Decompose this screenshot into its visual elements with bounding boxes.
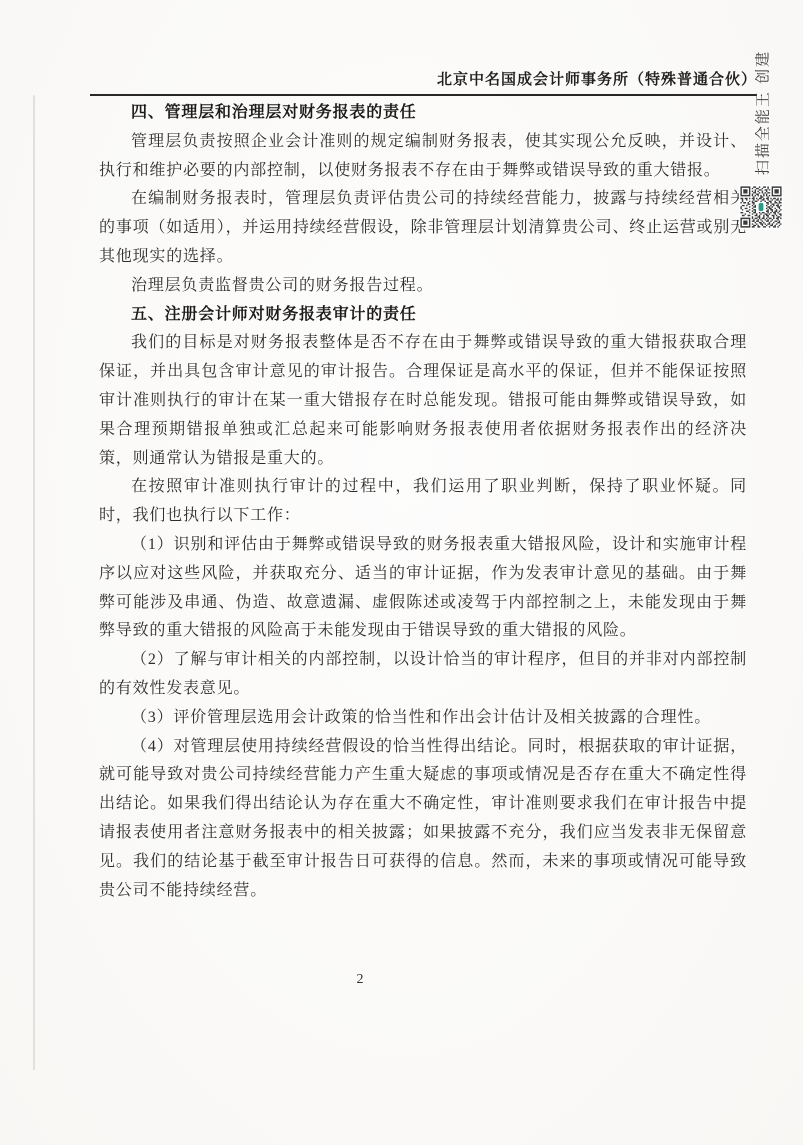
page-header: 北京中名国成会计师事务所（特殊普通合伙） [90, 68, 757, 96]
camscanner-watermark-text: 扫描全能王 创建 [752, 39, 773, 187]
paragraph: （4）对管理层使用持续经营假设的恰当性得出结论。同时，根据获取的审计证据，就可能… [99, 733, 747, 906]
qr-code-icon [739, 185, 783, 229]
scanned-document-page: 北京中名国成会计师事务所（特殊普通合伙） 四、管理层和治理层对财务报表的责任 管… [0, 0, 803, 1145]
paragraph: 在编制财务报表时，管理层负责评估贵公司的持续经营能力，披露与持续经营相关的事项（… [99, 185, 747, 271]
document-body: 四、管理层和治理层对财务报表的责任 管理层负责按照企业会计准则的规定编制财务报表… [99, 99, 747, 905]
camscanner-logo-mark [759, 203, 764, 211]
paragraph: 管理层负责按照企业会计准则的规定编制财务报表，使其实现公允反映，并设计、执行和维… [99, 128, 747, 186]
paragraph: 我们的目标是对财务报表整体是否不存在由于舞弊或错误导致的重大错报获取合理保证，并… [99, 329, 747, 473]
paragraph: 在按照审计准则执行审计的过程中，我们运用了职业判断，保持了职业怀疑。同时，我们也… [99, 473, 747, 531]
paragraph: （2）了解与审计相关的内部控制，以设计恰当的审计程序，但目的并非对内部控制的有效… [99, 646, 747, 704]
section-heading: 四、管理层和治理层对财务报表的责任 [99, 99, 747, 128]
paragraph: （1）识别和评估由于舞弊或错误导致的财务报表重大错报风险，设计和实施审计程序以应… [99, 531, 747, 646]
firm-name: 北京中名国成会计师事务所（特殊普通合伙） [437, 72, 757, 88]
paragraph: 治理层负责监督贵公司的财务报告过程。 [99, 272, 747, 301]
section-auditor-responsibility: 五、注册会计师对财务报表审计的责任 我们的目标是对财务报表整体是否不存在由于舞弊… [99, 301, 747, 906]
section-management-responsibility: 四、管理层和治理层对财务报表的责任 管理层负责按照企业会计准则的规定编制财务报表… [99, 99, 747, 301]
scan-fold-shadow [33, 95, 35, 1070]
section-heading: 五、注册会计师对财务报表审计的责任 [99, 301, 747, 330]
page-number: 2 [330, 972, 390, 988]
paragraph: （3）评价管理层选用会计政策的恰当性和作出会计估计及相关披露的合理性。 [99, 704, 747, 733]
